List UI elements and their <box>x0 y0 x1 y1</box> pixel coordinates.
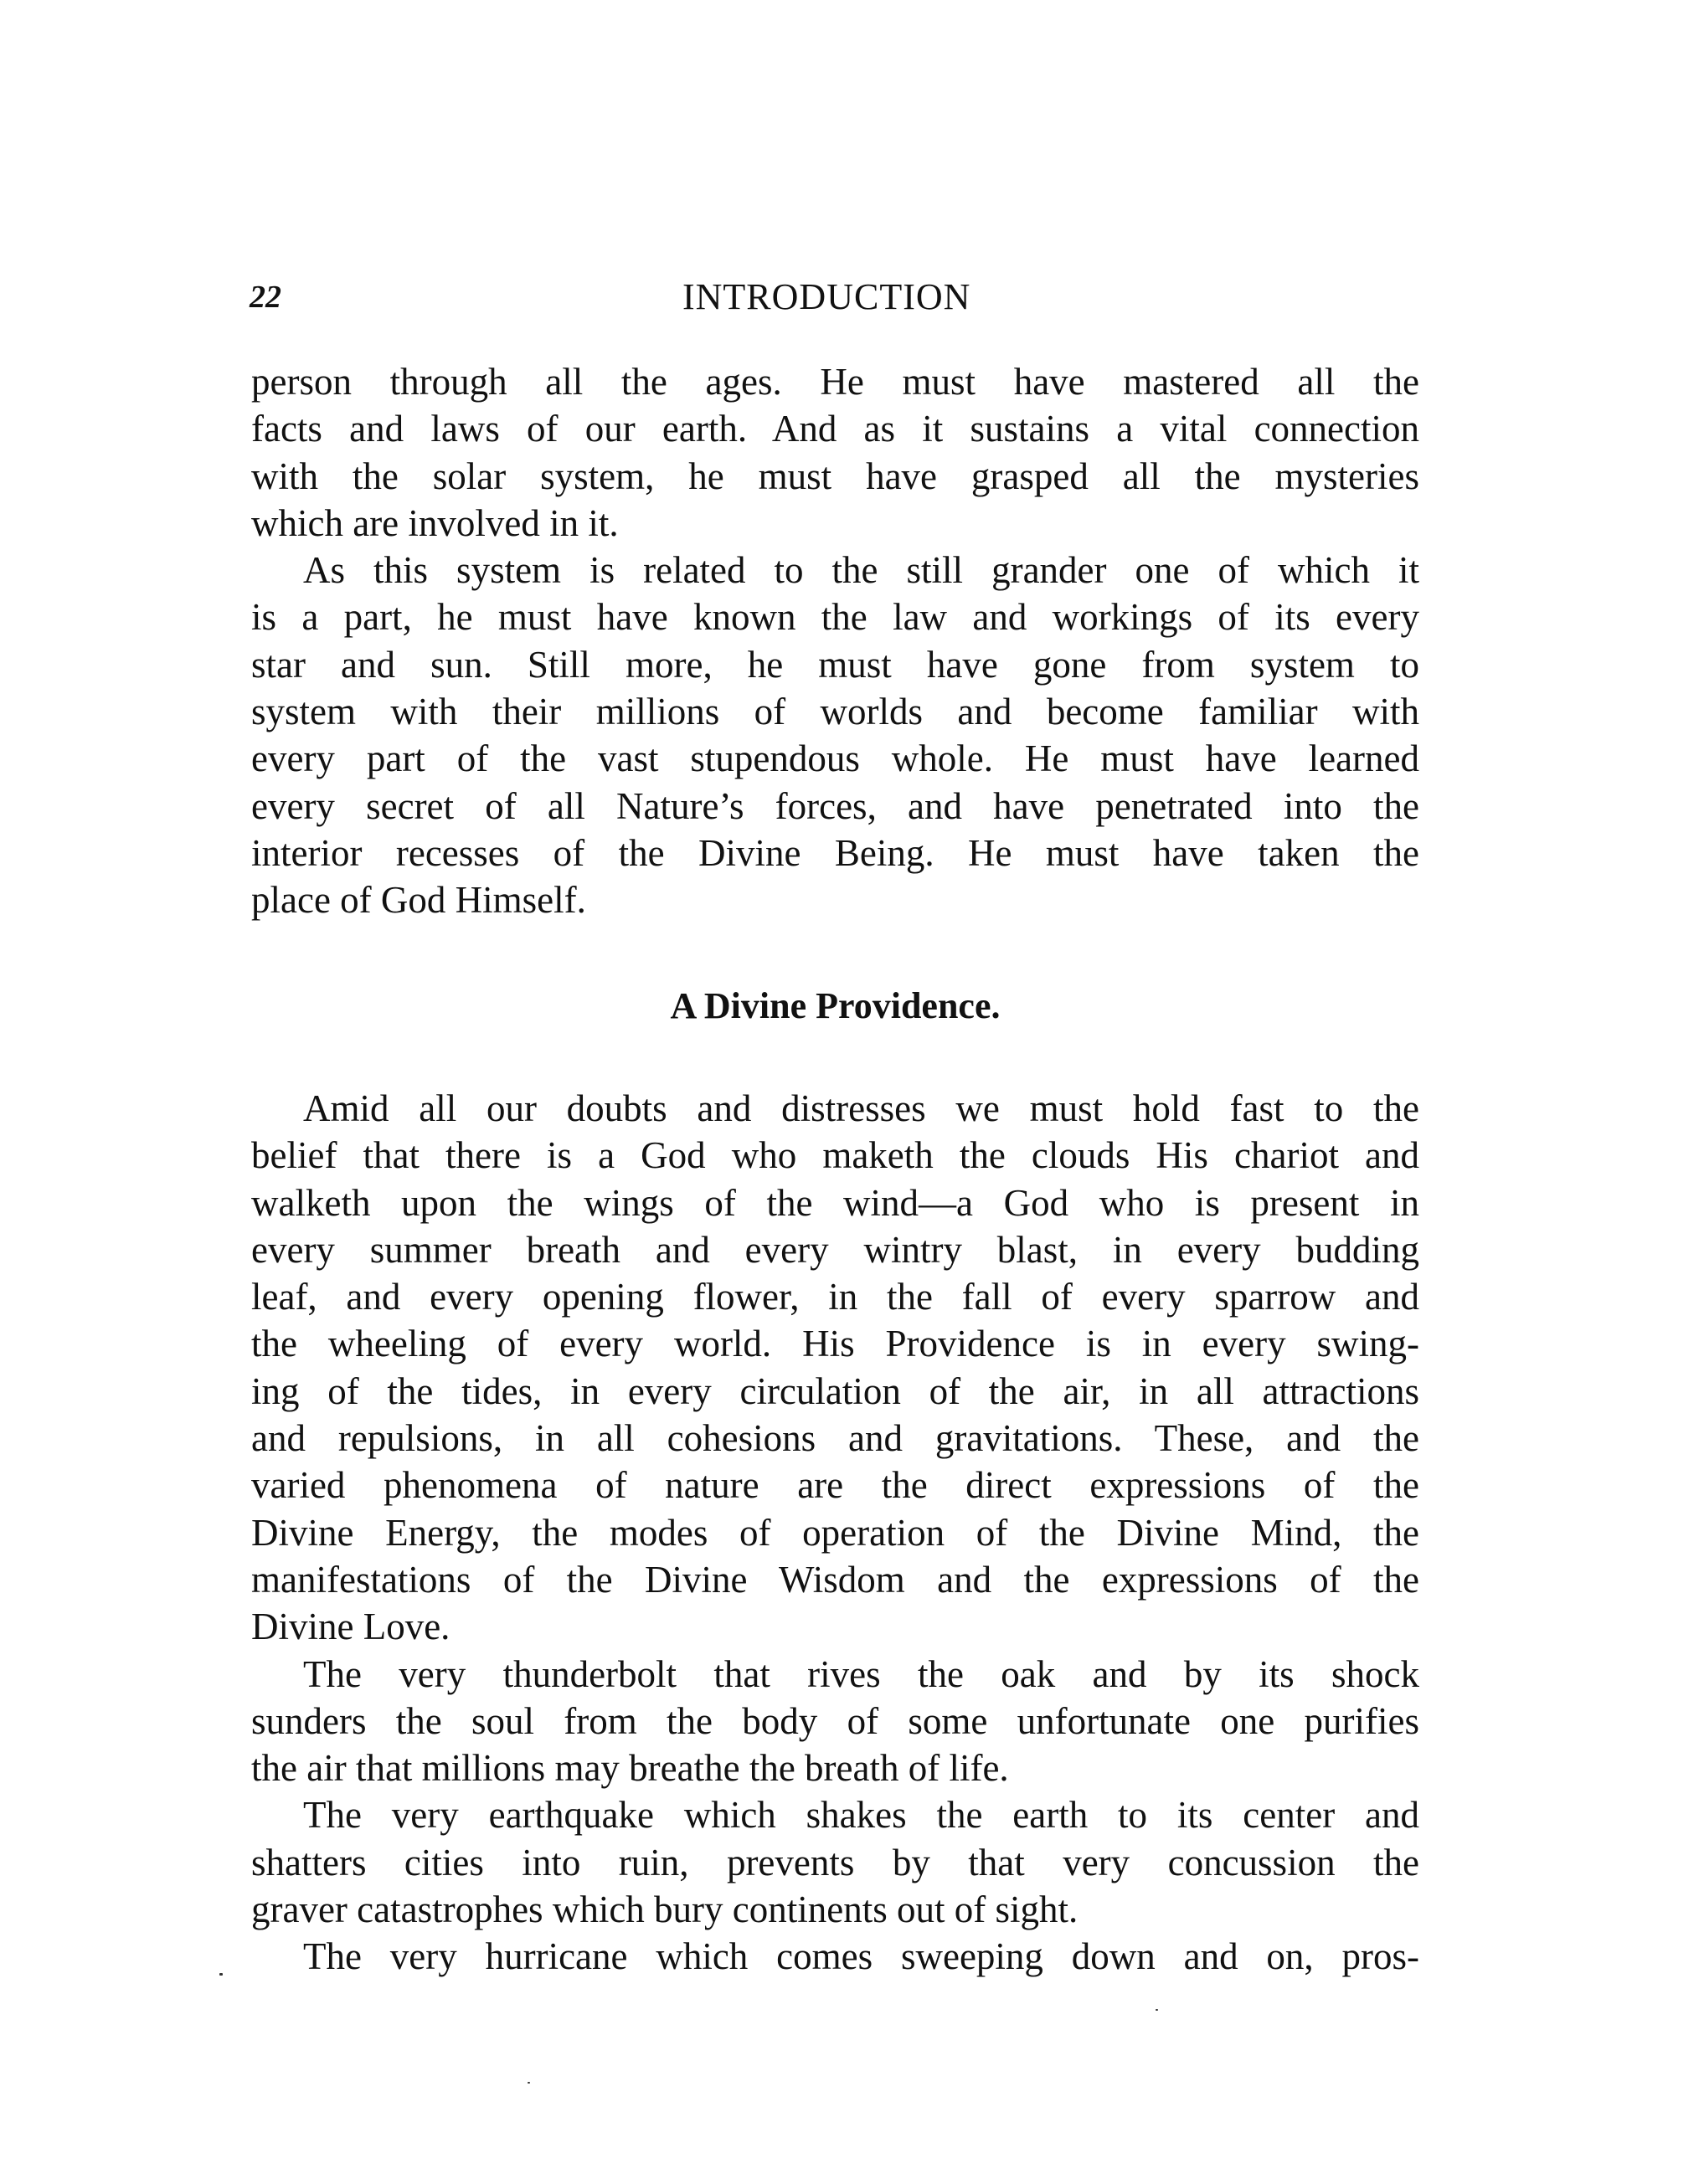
text-line: which are involved in it. <box>251 500 1419 547</box>
text-line: interior recesses of the Divine Being. H… <box>251 830 1419 876</box>
text-line: As this system is related to the still g… <box>251 547 1419 594</box>
text-line: facts and laws of our earth. And as it s… <box>251 405 1419 452</box>
text-line: manifestations of the Divine Wisdom and … <box>251 1556 1419 1603</box>
text-line: Divine Energy, the modes of operation of… <box>251 1509 1419 1556</box>
text-line: Divine Love. <box>251 1603 1419 1650</box>
text-line: The very thunderbolt that rives the oak … <box>251 1651 1419 1698</box>
scan-speck <box>1156 2009 1158 2011</box>
scan-speck <box>528 2082 530 2084</box>
text-line: sunders the soul from the body of some u… <box>251 1698 1419 1745</box>
running-head: 22 INTRODUCTION <box>250 272 1422 322</box>
text-line: Amid all our doubts and distresses we mu… <box>251 1085 1419 1132</box>
text-line: shatters cities into ruin, prevents by t… <box>251 1839 1419 1886</box>
page-number: 22 <box>250 272 281 322</box>
text-line: belief that there is a God who maketh th… <box>251 1132 1419 1179</box>
text-line: and repulsions, in all cohesions and gra… <box>251 1415 1419 1462</box>
text-line: walketh upon the wings of the wind—a God… <box>251 1179 1419 1226</box>
text-line: every secret of all Nature’s forces, and… <box>251 783 1419 830</box>
text-line: is a part, he must have known the law an… <box>251 594 1419 640</box>
text-line: the air that millions may breathe the br… <box>251 1745 1419 1791</box>
running-title: INTRODUCTION <box>682 272 970 322</box>
text-line: graver catastrophes which bury continent… <box>251 1886 1419 1933</box>
text-line: The very hurricane which comes sweeping … <box>251 1933 1419 1980</box>
text-line: system with their millions of worlds and… <box>251 688 1419 735</box>
body-text-section-one: person through all the ages. He must hav… <box>251 358 1419 924</box>
text-line: every summer breath and every wintry bla… <box>251 1226 1419 1273</box>
text-line: ing of the tides, in every circulation o… <box>251 1368 1419 1415</box>
text-line: person through all the ages. He must hav… <box>251 358 1419 405</box>
body-text-section-two: Amid all our doubts and distresses we mu… <box>251 1085 1419 1981</box>
text-line: every part of the vast stupendous whole.… <box>251 735 1419 782</box>
text-line: leaf, and every opening flower, in the f… <box>251 1273 1419 1320</box>
section-heading: A Divine Providence. <box>251 981 1419 1031</box>
text-line: varied phenomena of nature are the direc… <box>251 1462 1419 1508</box>
scan-speck <box>219 1973 223 1976</box>
text-line: the wheeling of every world. His Provide… <box>251 1320 1419 1367</box>
text-line: with the solar system, he must have gras… <box>251 453 1419 500</box>
text-line: star and sun. Still more, he must have g… <box>251 641 1419 688</box>
text-line: The very earthquake which shakes the ear… <box>251 1791 1419 1838</box>
text-line: place of God Himself. <box>251 876 1419 923</box>
book-page: 22 INTRODUCTION person through all the a… <box>0 0 1704 2184</box>
